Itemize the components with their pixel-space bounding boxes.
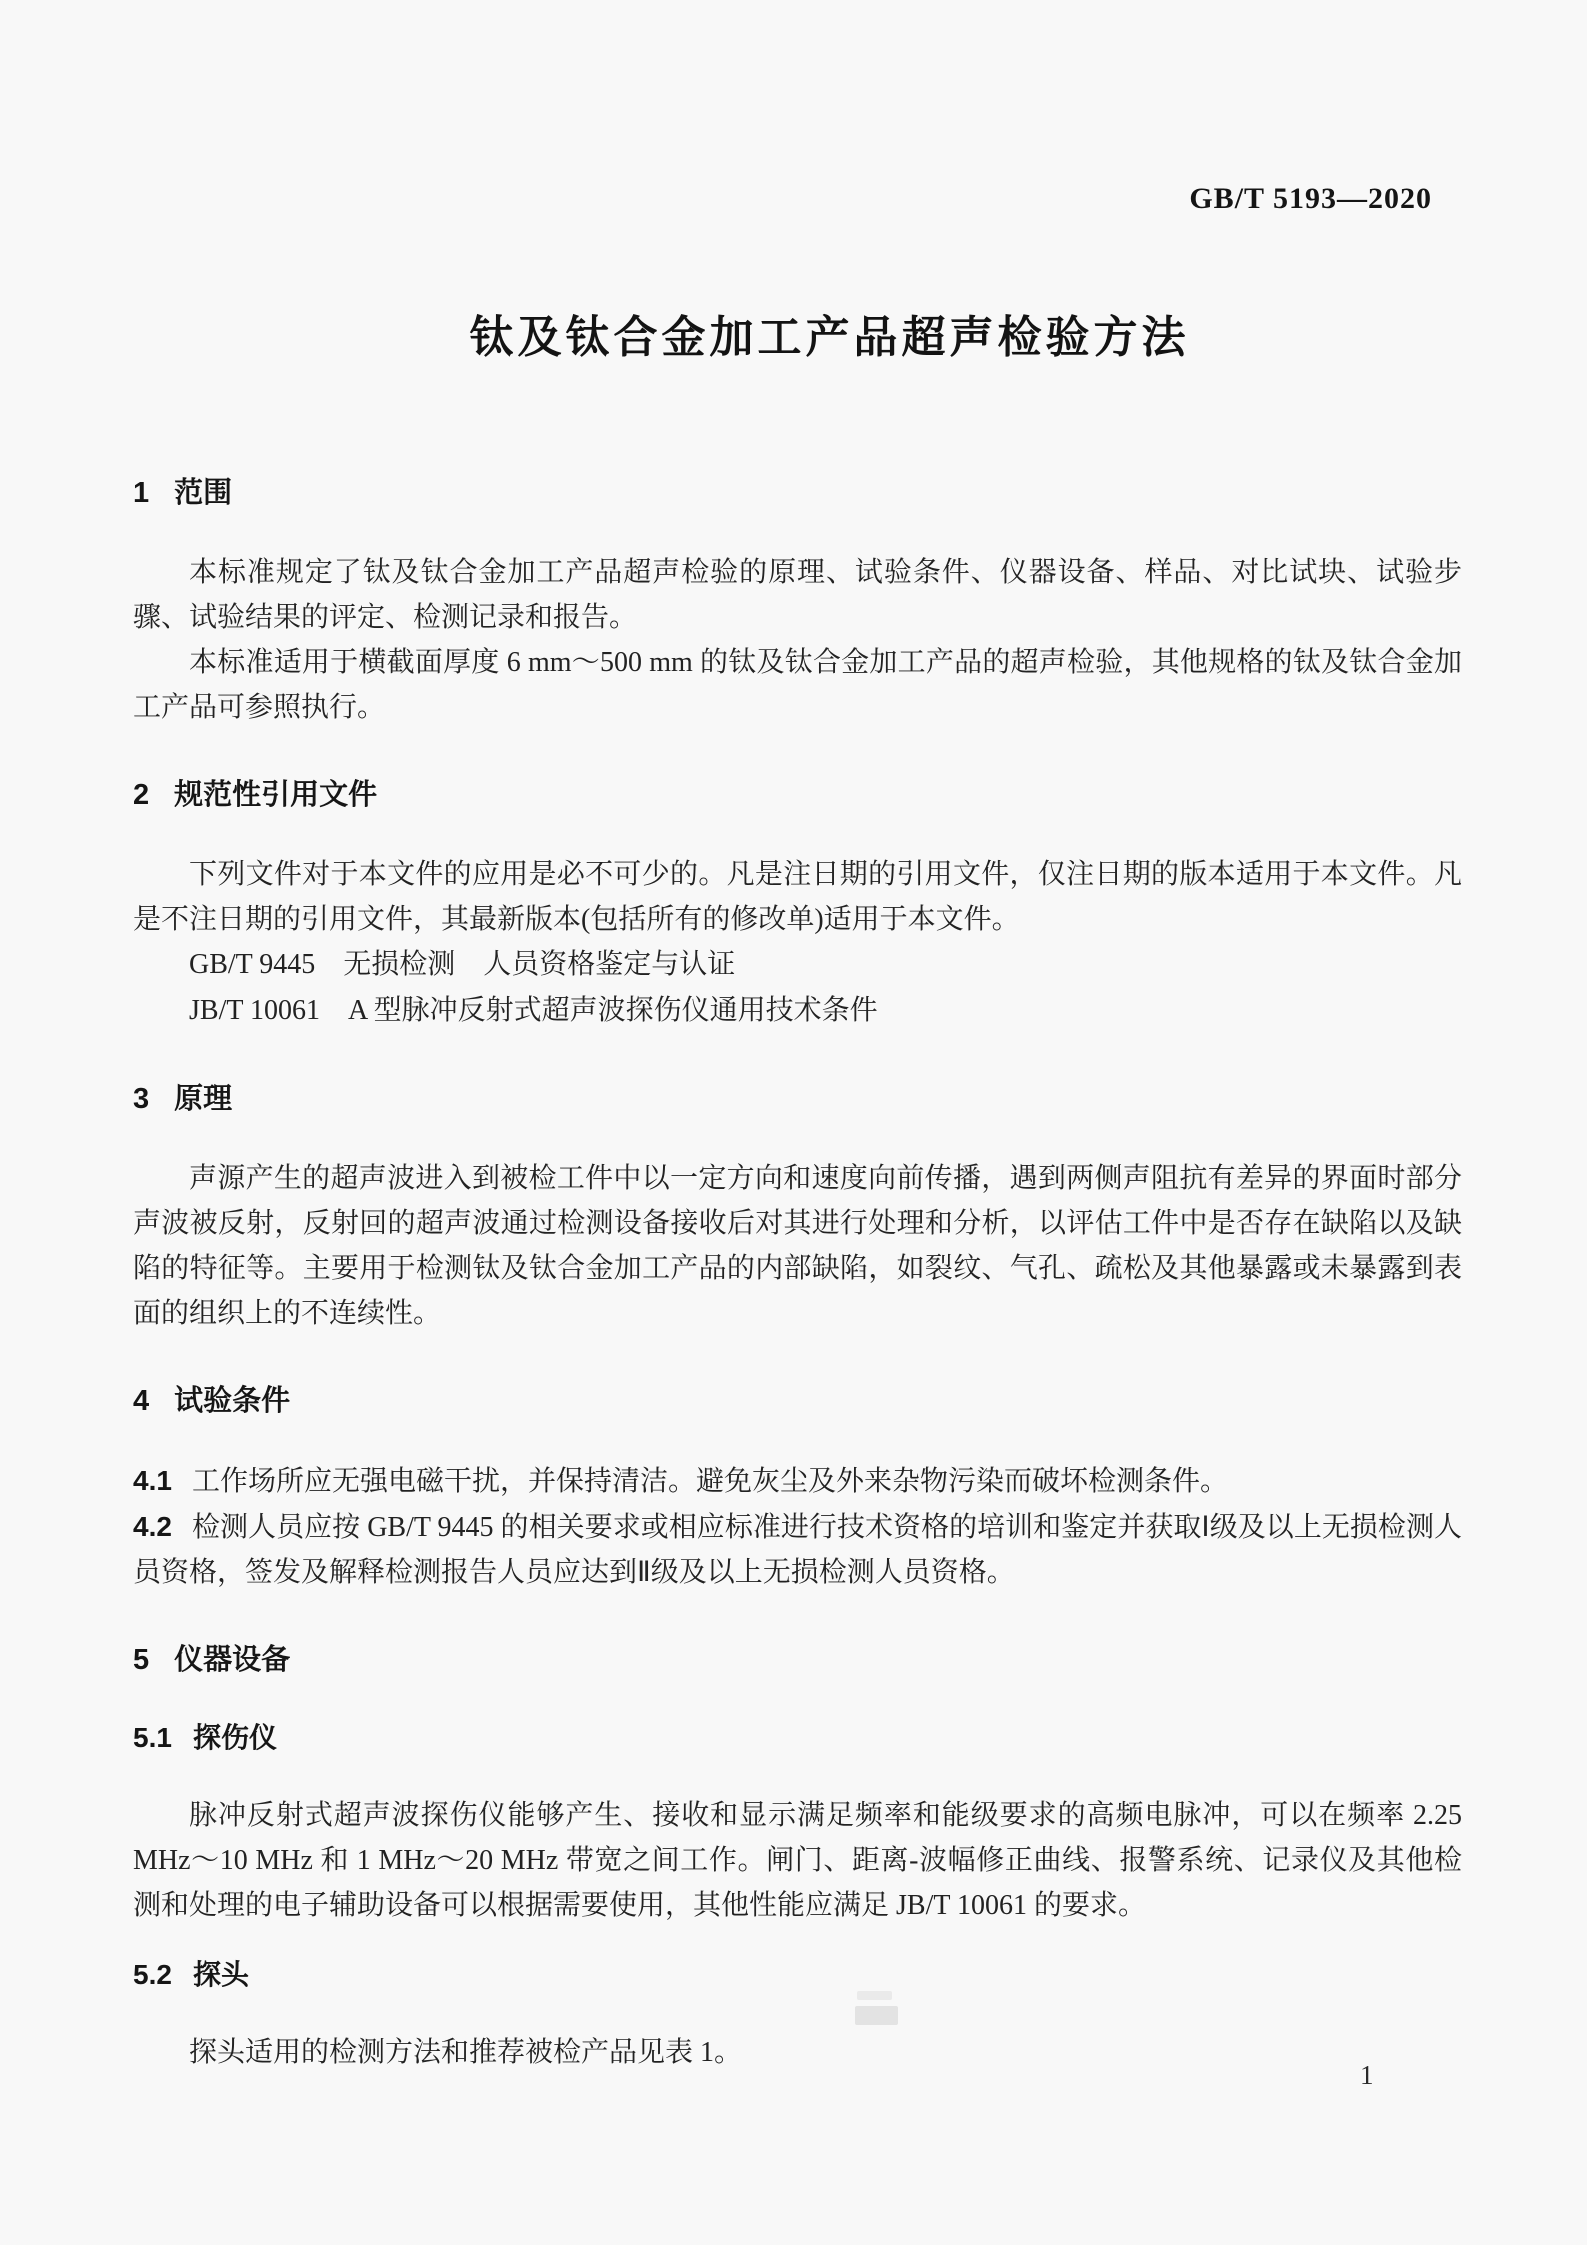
reference-item: GB/T 9445 无损检测 人员资格鉴定与认证 (133, 942, 1462, 988)
standard-number: GB/T 5193—2020 (1189, 182, 1432, 216)
clause-text: 检测人员应按 GB/T 9445 的相关要求或相应标准进行技术资格的培训和鉴定并… (133, 1512, 1462, 1588)
section-title: 范围 (174, 477, 232, 509)
subsection-heading-probe: 5.2探头 (133, 1958, 1462, 1992)
section-title: 规范性引用文件 (174, 779, 377, 811)
section-number: 2 (133, 779, 149, 811)
document-page: GB/T 5193—2020 钛及钛合金加工产品超声检验方法 1范围 本标准规定… (0, 0, 1587, 2245)
subsection-title: 探头 (193, 1959, 249, 1990)
scan-watermark-artifact (855, 2006, 898, 2025)
section-number: 5 (133, 1644, 149, 1676)
scan-watermark-artifact (857, 1991, 892, 2000)
subsection-number: 5.2 (133, 1959, 172, 1990)
clause-text: 工作场所应无强电磁干扰，并保持清洁。避免灰尘及外来杂物污染而破坏检测条件。 (192, 1466, 1228, 1497)
subsection-heading-flaw-detector: 5.1探伤仪 (133, 1721, 1462, 1755)
page-number: 1 (1360, 2060, 1374, 2091)
clause-4-1: 4.1工作场所应无强电磁干扰，并保持清洁。避免灰尘及外来杂物污染而破坏检测条件。 (133, 1458, 1462, 1504)
section-heading-test-conditions: 4试验条件 (133, 1384, 1462, 1418)
section-heading-normative-references: 2规范性引用文件 (133, 778, 1462, 812)
clause-number: 4.1 (133, 1465, 172, 1496)
section-number: 4 (133, 1385, 149, 1417)
section-title: 原理 (174, 1083, 232, 1115)
section-heading-equipment: 5仪器设备 (133, 1643, 1462, 1677)
section-title: 试验条件 (174, 1385, 290, 1417)
section-number: 1 (133, 477, 149, 509)
paragraph: 脉冲反射式超声波探伤仪能够产生、接收和显示满足频率和能级要求的高频电脉冲，可以在… (133, 1793, 1462, 1928)
section-heading-principle: 3原理 (133, 1082, 1462, 1116)
paragraph: 探头适用的检测方法和推荐被检产品见表 1。 (133, 2030, 1462, 2075)
document-body: 1范围 本标准规定了钛及钛合金加工产品超声检验的原理、试验条件、仪器设备、样品、… (133, 476, 1462, 2075)
paragraph: 本标准适用于横截面厚度 6 mm～500 mm 的钛及钛合金加工产品的超声检验，… (133, 640, 1462, 730)
section-title: 仪器设备 (174, 1644, 290, 1676)
subsection-title: 探伤仪 (193, 1722, 277, 1753)
clause-4-2: 4.2检测人员应按 GB/T 9445 的相关要求或相应标准进行技术资格的培训和… (133, 1504, 1462, 1595)
paragraph: 声源产生的超声波进入到被检工件中以一定方向和速度向前传播，遇到两侧声阻抗有差异的… (133, 1156, 1462, 1336)
section-heading-scope: 1范围 (133, 476, 1462, 510)
subsection-number: 5.1 (133, 1722, 172, 1753)
reference-item: JB/T 10061 A 型脉冲反射式超声波探伤仪通用技术条件 (133, 988, 1462, 1034)
paragraph: 本标准规定了钛及钛合金加工产品超声检验的原理、试验条件、仪器设备、样品、对比试块… (133, 550, 1462, 640)
clause-number: 4.2 (133, 1511, 172, 1542)
section-number: 3 (133, 1083, 149, 1115)
document-title: 钛及钛合金加工产品超声检验方法 (0, 301, 1587, 365)
paragraph: 下列文件对于本文件的应用是必不可少的。凡是注日期的引用文件，仅注日期的版本适用于… (133, 852, 1462, 942)
